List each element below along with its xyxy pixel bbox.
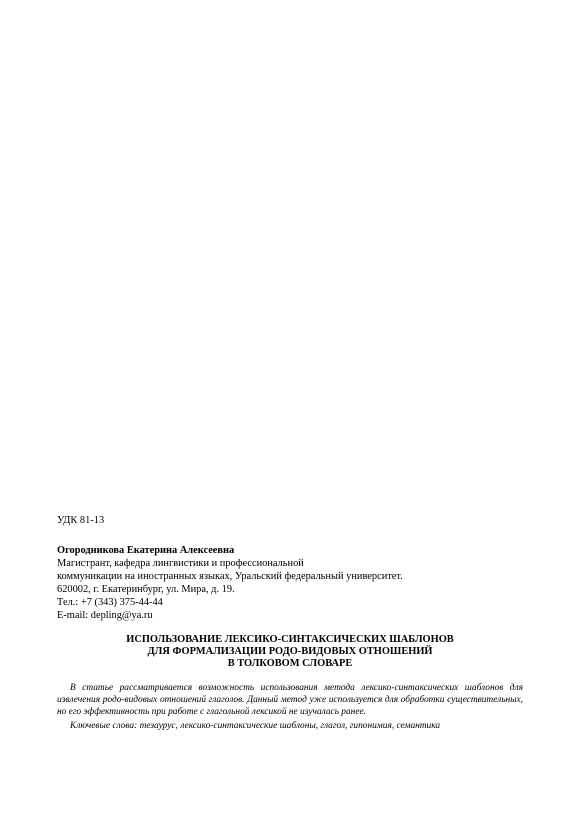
author-affiliation-line: коммуникации на иностранных языках, Урал… (57, 570, 523, 583)
author-block: Огородникова Екатерина Алексеевна Магист… (57, 544, 523, 622)
udc-code: УДК 81-13 (57, 514, 523, 527)
author-affiliation-line: Магистрант, кафедра лингвистики и профес… (57, 557, 523, 570)
author-name: Огородникова Екатерина Алексеевна (57, 544, 523, 557)
page-content: УДК 81-13 Огородникова Екатерина Алексее… (57, 514, 523, 732)
abstract: В статье рассматривается возможность исп… (57, 682, 523, 718)
author-phone: Тел.: +7 (343) 375-44-44 (57, 596, 523, 609)
article-title: ИСПОЛЬЗОВАНИЕ ЛЕКСИКО-СИНТАКСИЧЕСКИХ ШАБ… (57, 634, 523, 670)
keywords: Ключевые слова: тезаурус, лексико-синтак… (57, 720, 523, 732)
author-email: E-mail: depling@ya.ru (57, 609, 523, 622)
author-address: 620002, г. Екатеринбург, ул. Мира, д. 19… (57, 583, 523, 596)
title-line: ДЛЯ ФОРМАЛИЗАЦИИ РОДО-ВИДОВЫХ ОТНОШЕНИЙ (77, 646, 503, 658)
document-page: УДК 81-13 Огородникова Екатерина Алексее… (0, 0, 580, 820)
title-line: В ТОЛКОВОМ СЛОВАРЕ (77, 658, 503, 670)
title-line: ИСПОЛЬЗОВАНИЕ ЛЕКСИКО-СИНТАКСИЧЕСКИХ ШАБ… (77, 634, 503, 646)
abstract-text: В статье рассматривается возможность исп… (57, 682, 523, 718)
